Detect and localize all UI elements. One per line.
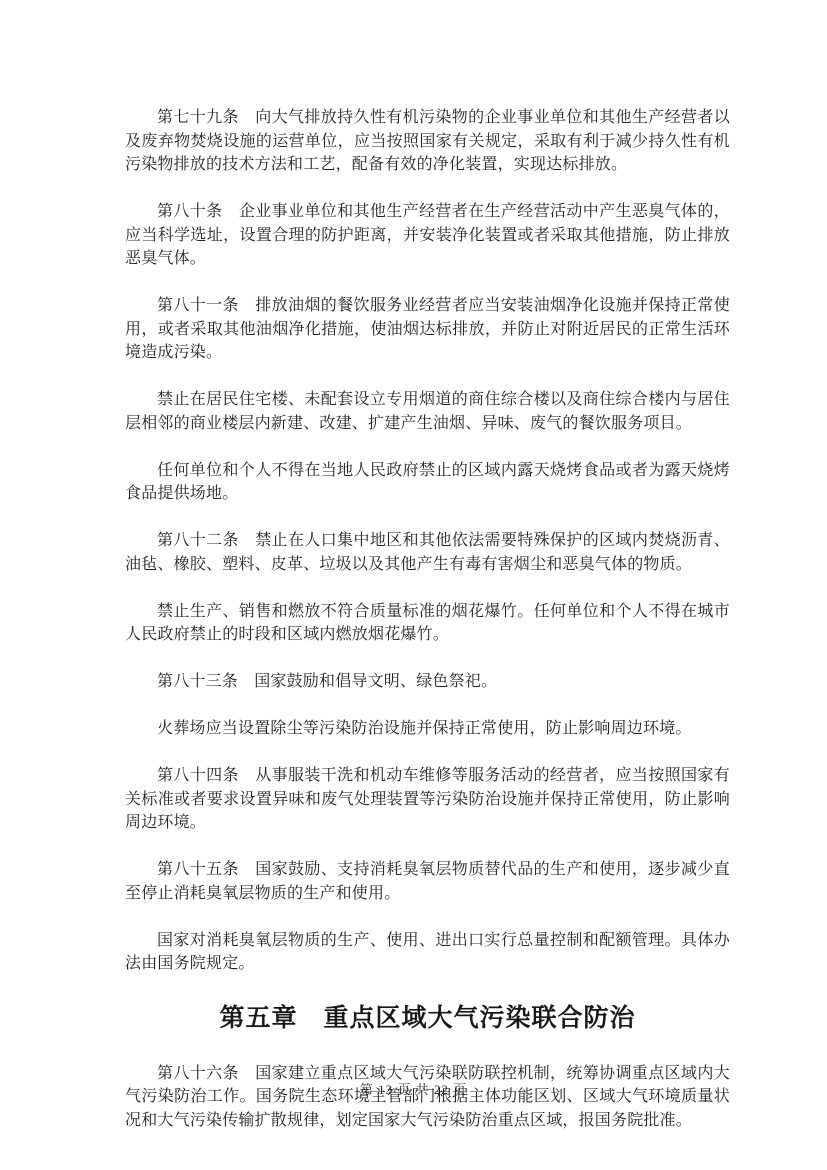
page-number-text: 第 13 页 共 22 页 — [360, 1082, 467, 1097]
document-page: 第七十九条 向大气排放持久性有机污染物的企业事业单位和其他生产经营者以及废弃物焚… — [0, 0, 827, 1170]
chapter-5-heading: 第五章 重点区域大气污染联合防治 — [125, 999, 730, 1038]
article-85-paragraph: 第八十五条 国家鼓励、支持消耗臭氧层物质替代品的生产和使用，逐步减少直至停止消耗… — [125, 858, 730, 905]
document-body: 第七十九条 向大气排放持久性有机污染物的企业事业单位和其他生产经营者以及废弃物焚… — [125, 106, 730, 1156]
article-80-paragraph: 第八十条 企业事业单位和其他生产经营者在生产经营活动中产生恶臭气体的，应当科学选… — [125, 200, 730, 271]
article-82-paragraph: 第八十二条 禁止在人口集中地区和其他依法需要特殊保护的区域内焚烧沥青、油毡、橡胶… — [125, 529, 730, 576]
article-82-paragraph-2: 禁止生产、销售和燃放不符合质量标准的烟花爆竹。任何单位和个人不得在城市人民政府禁… — [125, 600, 730, 647]
article-83-paragraph: 第八十三条 国家鼓励和倡导文明、绿色祭祀。 — [125, 670, 730, 694]
article-81-paragraph: 第八十一条 排放油烟的餐饮服务业经营者应当安装油烟净化设施并保持正常使用，或者采… — [125, 294, 730, 365]
article-83-paragraph-2: 火葬场应当设置除尘等污染防治设施并保持正常使用，防止影响周边环境。 — [125, 717, 730, 741]
article-79-paragraph: 第七十九条 向大气排放持久性有机污染物的企业事业单位和其他生产经营者以及废弃物焚… — [125, 106, 730, 177]
article-81-paragraph-2: 禁止在居民住宅楼、未配套设立专用烟道的商住综合楼以及商住综合楼内与居住层相邻的商… — [125, 388, 730, 435]
article-85-paragraph-2: 国家对消耗臭氧层物质的生产、使用、进出口实行总量控制和配额管理。具体办法由国务院… — [125, 929, 730, 976]
article-81-paragraph-3: 任何单位和个人不得在当地人民政府禁止的区域内露天烧烤食品或者为露天烧烤食品提供场… — [125, 459, 730, 506]
page-number-footer: 第 13 页 共 22 页 — [0, 1082, 827, 1098]
article-84-paragraph: 第八十四条 从事服装干洗和机动车维修等服务活动的经营者，应当按照国家有关标准或者… — [125, 764, 730, 835]
